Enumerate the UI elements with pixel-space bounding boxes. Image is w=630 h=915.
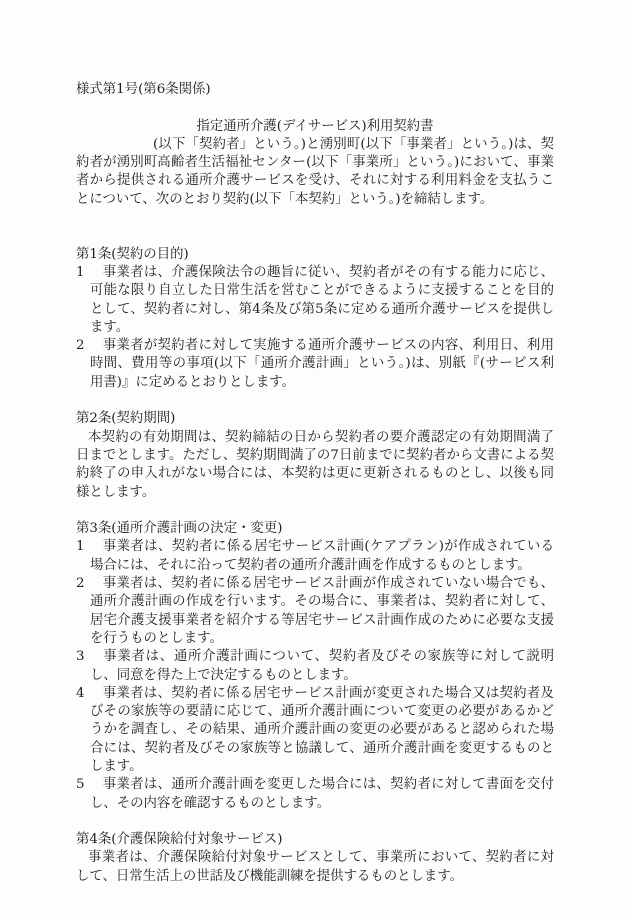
article-heading: 第4条(介護保険給付対象サービス) <box>76 831 554 849</box>
article-paragraph: 事業者は、介護保険給付対象サービスとして、事業所において、契約者に対して、日常生… <box>76 849 554 886</box>
paragraph-number: 1 <box>76 539 85 554</box>
article-paragraph: 2事業者が契約者に対して実施する通所介護サービスの内容、利用日、利用時間、費用等… <box>90 337 554 392</box>
article-heading: 第3条(通所介護計画の決定・変更) <box>76 520 554 538</box>
paragraph-text: 事業者は、介護保険法令の趣旨に従い、契約者がその有する能力に応じ、可能な限り自立… <box>90 265 554 335</box>
paragraph-text: 事業者は、契約者に係る居宅サービス計画が変更された場合又は契約者及びその家族等の… <box>90 686 554 774</box>
article-heading: 第2条(契約期間) <box>76 410 554 428</box>
paragraph-text: 事業者は、通所介護計画を変更した場合には、契約者に対して書面を交付し、その内容を… <box>90 777 554 810</box>
paragraph-number: 2 <box>76 338 85 353</box>
article-paragraph: 4事業者は、契約者に係る居宅サービス計画が変更された場合又は契約者及びその家族等… <box>90 685 554 776</box>
paragraph-text: 事業者が契約者に対して実施する通所介護サービスの内容、利用日、利用時間、費用等の… <box>90 338 554 390</box>
paragraph-number: 5 <box>76 777 85 792</box>
article-paragraph: 1事業者は、介護保険法令の趣旨に従い、契約者がその有する能力に応じ、可能な限り自… <box>90 264 554 337</box>
paragraph-number: 2 <box>76 576 85 591</box>
article-paragraph: 3事業者は、通所介護計画について、契約者及びその家族等に対して説明し、同意を得た… <box>90 648 554 685</box>
article-paragraph: 5事業者は、通所介護計画を変更した場合には、契約者に対して書面を交付し、その内容… <box>90 776 554 813</box>
article: 第3条(通所介護計画の決定・変更)1事業者は、契約者に係る居宅サービス計画(ケア… <box>76 520 554 813</box>
paragraph-number: 1 <box>76 265 85 280</box>
document-title: 指定通所介護(デイサービス)利用契約書 <box>76 118 554 136</box>
article-paragraph: 本契約の有効期間は、契約締結の日から契約者の要介護認定の有効期間満了日までとしま… <box>76 429 554 502</box>
article-heading: 第1条(契約の目的) <box>76 246 554 264</box>
contract-page: 様式第1号(第6条関係) 指定通所介護(デイサービス)利用契約書 (以下「契約者… <box>0 0 630 915</box>
paragraph-text: 事業者は、契約者に係る居宅サービス計画が作成されていない場合でも、通所介護計画の… <box>90 576 554 646</box>
article: 第1条(契約の目的)1事業者は、介護保険法令の趣旨に従い、契約者がその有する能力… <box>76 246 554 392</box>
form-number: 様式第1号(第6条関係) <box>76 81 554 99</box>
paragraph-text: 事業者は、契約者に係る居宅サービス計画(ケアプラン)が作成されている場合には、そ… <box>90 539 554 572</box>
article-paragraph: 2事業者は、契約者に係る居宅サービス計画が作成されていない場合でも、通所介護計画… <box>90 575 554 648</box>
paragraph-text: 事業者は、通所介護計画について、契約者及びその家族等に対して説明し、同意を得た上… <box>90 649 554 682</box>
preamble-paragraph: (以下「契約者」という。)と湧別町(以下「事業者」という。)は、契約者が湧別町高… <box>76 136 554 209</box>
paragraph-number: 3 <box>76 649 85 664</box>
articles-section: 第1条(契約の目的)1事業者は、介護保険法令の趣旨に従い、契約者がその有する能力… <box>76 246 554 886</box>
paragraph-number: 4 <box>76 686 85 701</box>
article-paragraph: 1事業者は、契約者に係る居宅サービス計画(ケアプラン)が作成されている場合には、… <box>90 538 554 575</box>
paragraph-text: 本契約の有効期間は、契約締結の日から契約者の要介護認定の有効期間満了日までとしま… <box>76 430 554 500</box>
article: 第2条(契約期間)本契約の有効期間は、契約締結の日から契約者の要介護認定の有効期… <box>76 410 554 501</box>
article: 第4条(介護保険給付対象サービス)事業者は、介護保険給付対象サービスとして、事業… <box>76 831 554 886</box>
paragraph-text: 事業者は、介護保険給付対象サービスとして、事業所において、契約者に対して、日常生… <box>76 850 554 883</box>
